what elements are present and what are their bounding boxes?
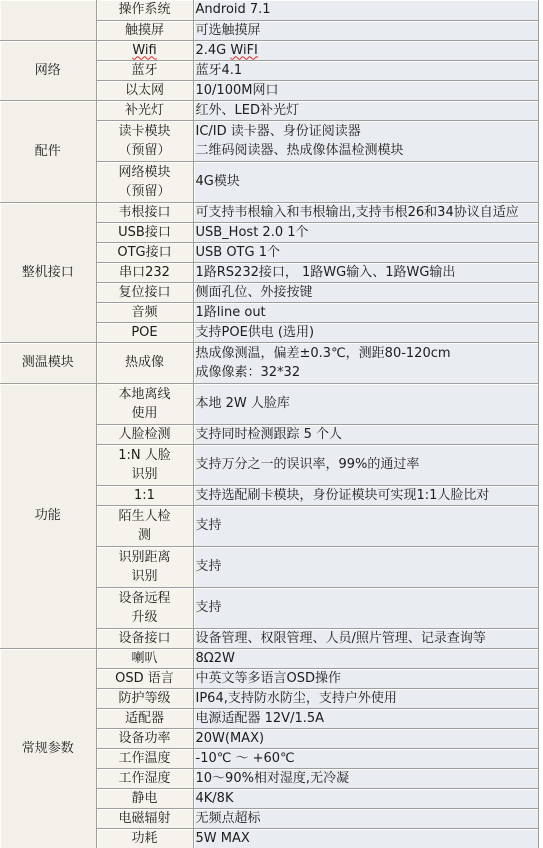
value-cell: 支持: [193, 587, 538, 628]
param-cell: 补光灯: [96, 100, 193, 120]
value-cell: 8Ω2W: [193, 648, 538, 668]
param-cell: OSD 语言: [96, 668, 193, 688]
param-cell: 1:1: [96, 485, 193, 505]
param-cell: 以太网: [96, 80, 193, 100]
value-cell: 支持万分之一的误识率，99%的通过率: [193, 444, 538, 485]
value-cell: 可选触摸屏: [193, 20, 538, 40]
param-cell: 本地离线 使用: [96, 383, 193, 424]
param-cell: 操作系统: [96, 0, 193, 20]
param-cell: 陌生人检 测: [96, 505, 193, 546]
param-cell: 串口232: [96, 262, 193, 282]
value-cell: 10～90%相对湿度,无冷凝: [193, 768, 538, 788]
value-cell: -10℃ ～ +60℃: [193, 748, 538, 768]
value-cell: 红外、LED补光灯: [193, 100, 538, 120]
value-cell: 4G模块: [193, 161, 538, 202]
value-cell: USB OTG 1个: [193, 242, 538, 262]
param-cell: 喇叭: [96, 648, 193, 668]
category-cell: 配件: [0, 100, 96, 202]
param-cell: POE: [96, 322, 193, 342]
value-cell: 本地 2W 人脸库: [193, 383, 538, 424]
value-cell: 1路RS232接口， 1路WG输入、1路WG输出: [193, 262, 538, 282]
value-cell: 支持同时检测跟踪 5 个人: [193, 424, 538, 444]
category-cell: 网络: [0, 40, 96, 100]
spec-row: 网络Wifi2.4G WiFI: [0, 40, 538, 60]
spec-row: 操作系统Android 7.1: [0, 0, 538, 20]
category-cell: 常规参数: [0, 648, 96, 848]
value-cell: USB_Host 2.0 1个: [193, 222, 538, 242]
value-cell: 支持POE供电 (选用): [193, 322, 538, 342]
value-cell: 10/100M网口: [193, 80, 538, 100]
value-cell: 侧面孔位、外接按键: [193, 282, 538, 302]
value-cell: 中英文等多语言OSD操作: [193, 668, 538, 688]
param-cell: 功耗: [96, 828, 193, 848]
param-cell: 蓝牙: [96, 60, 193, 80]
spec-row: 整机接口韦根接口可支持韦根输入和韦根输出,支持韦根26和34协议自适应: [0, 202, 538, 222]
param-cell: 1:N 人脸 识别: [96, 444, 193, 485]
spec-row: 测温模块热成像热成像测温，偏差±0.3℃，测距80-120cm 成像像素：32*…: [0, 342, 538, 383]
param-cell: 工作湿度: [96, 768, 193, 788]
spec-table: 操作系统Android 7.1触摸屏可选触摸屏网络Wifi2.4G WiFI蓝牙…: [0, 0, 539, 848]
spec-row: 配件补光灯红外、LED补光灯: [0, 100, 538, 120]
value-cell: 蓝牙4.1: [193, 60, 538, 80]
param-cell: 适配器: [96, 708, 193, 728]
param-cell: 触摸屏: [96, 20, 193, 40]
param-cell: 识别距离 识别: [96, 546, 193, 587]
category-cell: [0, 0, 96, 40]
value-cell: 电源适配器 12V/1.5A: [193, 708, 538, 728]
value-cell: 20W(MAX): [193, 728, 538, 748]
param-cell: 韦根接口: [96, 202, 193, 222]
category-cell: 功能: [0, 383, 96, 648]
value-cell: 支持: [193, 505, 538, 546]
param-cell: Wifi: [96, 40, 193, 60]
spec-row: 功能本地离线 使用本地 2W 人脸库: [0, 383, 538, 424]
param-cell: 读卡模块 （预留）: [96, 120, 193, 161]
param-cell: OTG接口: [96, 242, 193, 262]
value-cell: 1路line out: [193, 302, 538, 322]
param-cell: 复位接口: [96, 282, 193, 302]
value-cell: 无频点超标: [193, 808, 538, 828]
param-cell: 设备接口: [96, 628, 193, 648]
param-cell: 音频: [96, 302, 193, 322]
value-cell: IC/ID 读卡器、身份证阅读器 二维码阅读器、热成像体温检测模块: [193, 120, 538, 161]
value-cell: 支持: [193, 546, 538, 587]
param-cell: 设备远程 升级: [96, 587, 193, 628]
value-cell: 可支持韦根输入和韦根输出,支持韦根26和34协议自适应: [193, 202, 538, 222]
spellcheck-underline: Wifi: [132, 43, 156, 58]
category-cell: 整机接口: [0, 202, 96, 342]
param-cell: 工作温度: [96, 748, 193, 768]
param-cell: 设备功率: [96, 728, 193, 748]
value-cell: IP64,支持防水防尘，支持户外使用: [193, 688, 538, 708]
param-cell: 防护等级: [96, 688, 193, 708]
value-cell: 4K/8K: [193, 788, 538, 808]
value-cell: 热成像测温，偏差±0.3℃，测距80-120cm 成像像素：32*32: [193, 342, 538, 383]
param-cell: 人脸检测: [96, 424, 193, 444]
spellcheck-underline: WiFI: [230, 43, 258, 58]
param-cell: USB接口: [96, 222, 193, 242]
value-cell: 5W MAX: [193, 828, 538, 848]
param-cell: 热成像: [96, 342, 193, 383]
value-cell: Android 7.1: [193, 0, 538, 20]
param-cell: 电磁辐射: [96, 808, 193, 828]
value-cell: 设备管理、权限管理、人员/照片管理、记录查询等: [193, 628, 538, 648]
category-cell: 测温模块: [0, 342, 96, 383]
value-cell: 2.4G WiFI: [193, 40, 538, 60]
spec-row: 常规参数喇叭8Ω2W: [0, 648, 538, 668]
param-cell: 静电: [96, 788, 193, 808]
param-cell: 网络模块 （预留）: [96, 161, 193, 202]
value-cell: 支持选配刷卡模块，身份证模块可实现1:1人脸比对: [193, 485, 538, 505]
